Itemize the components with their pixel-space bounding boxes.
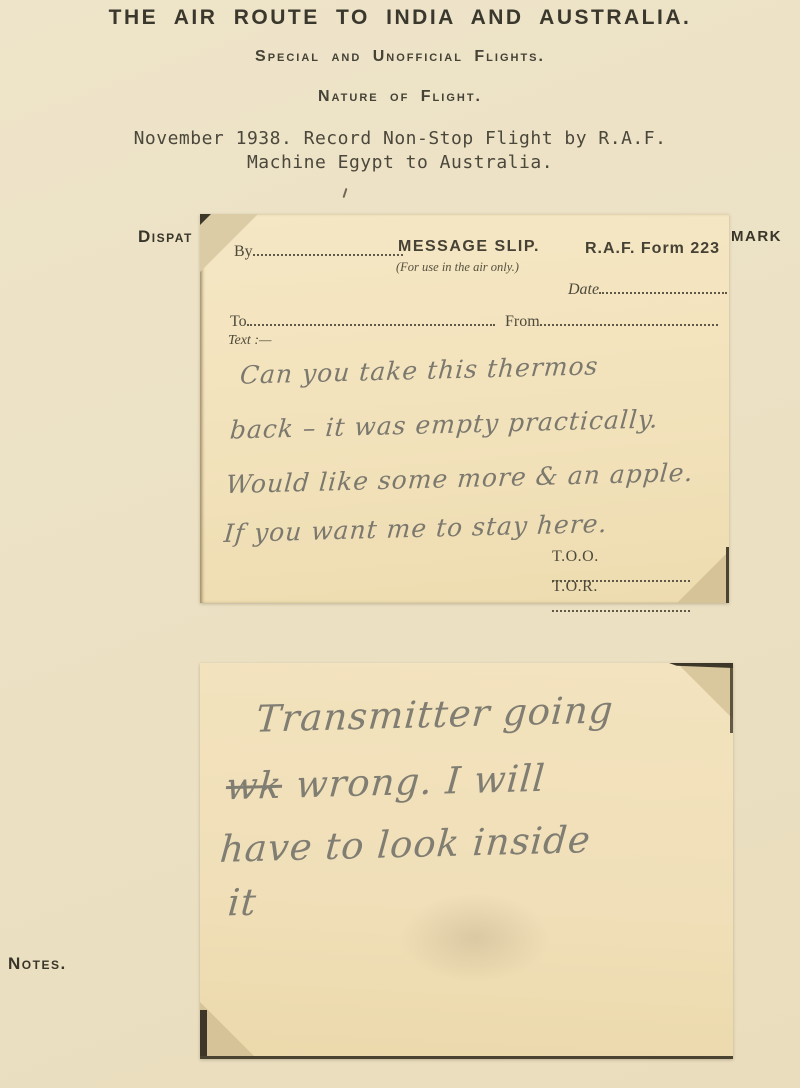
card-edge-mark	[726, 547, 729, 603]
crossed-out-word: wk	[224, 764, 283, 809]
dotted-line	[552, 596, 690, 612]
stray-pen-mark	[343, 188, 348, 198]
note-card: Transmitter going wkwrong. I will have t…	[200, 663, 733, 1059]
tor-label: T.O.R.	[552, 578, 598, 595]
handwritten-note-line3: have to look inside	[218, 818, 592, 871]
to-field: To	[230, 310, 495, 331]
handwritten-message-line4: If you want me to stay here.	[223, 509, 609, 548]
folded-corner-top-right	[677, 663, 733, 719]
text-label: Text :—	[228, 333, 271, 349]
date-field: Date	[568, 278, 727, 299]
typed-caption-line1: November 1938. Record Non-Stop Flight by…	[0, 128, 800, 149]
from-field: From	[505, 310, 718, 331]
slip-title: MESSAGE SLIP.	[398, 238, 540, 256]
album-page: THE AIR ROUTE TO INDIA AND AUSTRALIA. Sp…	[0, 0, 800, 1088]
dotted-line	[599, 278, 727, 294]
handwritten-message-line2: back – it was empty practically.	[229, 404, 660, 444]
folded-corner-bottom-left	[200, 1002, 254, 1056]
page-title: THE AIR ROUTE TO INDIA AND AUSTRALIA.	[0, 6, 800, 30]
handwritten-note-line4: it	[226, 881, 258, 925]
card-edge-mark	[730, 663, 733, 733]
date-label: Date	[568, 281, 599, 298]
corner-notch-top-left	[200, 214, 211, 225]
dotted-line	[540, 310, 718, 326]
handwritten-note-line2: wkwrong. I will	[224, 757, 547, 808]
from-label: From	[505, 313, 540, 330]
typed-caption-line2: Machine Egypt to Australia.	[0, 152, 800, 173]
by-label: By	[234, 243, 253, 260]
dotted-line	[253, 240, 403, 256]
handwritten-message-line1: Can you take this thermos	[239, 351, 600, 389]
to-label: To	[230, 313, 247, 330]
handwritten-message-line3: Would like some more & an apple.	[225, 458, 695, 499]
handwritten-note-line2-text: wrong. I will	[294, 757, 547, 807]
column-label-remarks: MARK	[731, 228, 782, 245]
dotted-line	[247, 310, 495, 326]
by-field: By	[234, 240, 403, 261]
too-label: T.O.O.	[552, 548, 599, 565]
handwritten-note-line1: Transmitter going	[254, 688, 615, 740]
pencil-smudge	[400, 893, 550, 983]
message-slip-card: By MESSAGE SLIP. (For use in the air onl…	[200, 214, 729, 603]
section-heading: Nature of Flight.	[0, 88, 800, 106]
page-subtitle: Special and Unofficial Flights.	[0, 48, 800, 66]
form-number: R.A.F. Form 223	[585, 240, 720, 258]
slip-subtitle: (For use in the air only.)	[396, 260, 519, 275]
corner-notch-bottom-left	[200, 1010, 207, 1056]
folded-corner-bottom-right	[677, 551, 729, 603]
column-label-dispatched: Dispat	[138, 227, 193, 247]
notes-label: Notes.	[8, 954, 67, 974]
